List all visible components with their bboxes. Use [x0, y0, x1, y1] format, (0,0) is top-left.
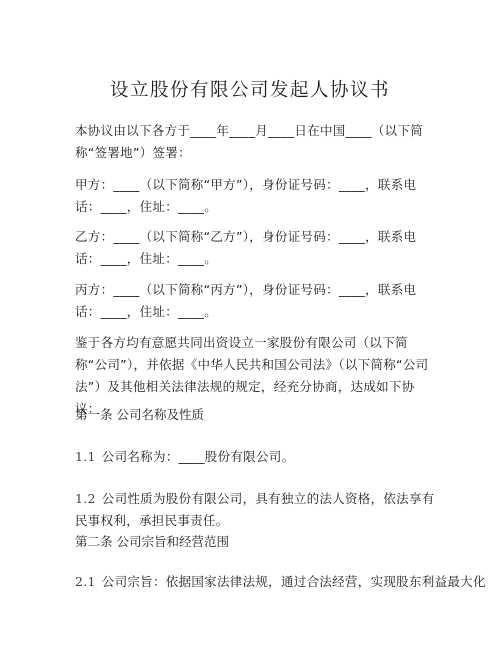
article-1-heading: 第一条 公司名称及性质: [75, 404, 204, 426]
clause-number: 1.2: [75, 491, 96, 506]
clause-text: 公司宗旨：依据国家法律法规，通过合法经营，实现股东利益最大化: [102, 574, 486, 589]
clause-number: 2.1: [75, 574, 96, 589]
party-b-paragraph: 乙方：____（以下简称“乙方”），身份证号码：____，联系电话：____，住…: [75, 226, 435, 270]
clause-text: 公司名称为：____股份有限公司。: [102, 449, 295, 464]
clause-1-2: 1.2公司性质为股份有限公司，具有独立的法人资格，依法享有民事权利，承担民事责任…: [75, 488, 435, 532]
clause-text: 公司性质为股份有限公司，具有独立的法人资格，依法享有民事权利，承担民事责任。: [75, 491, 435, 528]
clause-2-1: 2.1公司宗旨：依据国家法律法规，通过合法经营，实现股东利益最大化: [75, 571, 475, 593]
intro-paragraph: 本协议由以下各方于____年____月____日在中国____（以下简称“签署地…: [75, 120, 435, 164]
article-2-heading: 第二条 公司宗旨和经营范围: [75, 531, 229, 553]
party-a-paragraph: 甲方：____（以下简称“甲方”），身份证号码：____，联系电话：____，住…: [75, 174, 435, 218]
clause-1-1: 1.1公司名称为：____股份有限公司。: [75, 446, 435, 468]
party-c-paragraph: 丙方：____（以下简称“丙方”），身份证号码：____，联系电话：____，住…: [75, 279, 435, 323]
clause-number: 1.1: [75, 449, 96, 464]
document-title: 设立股份有限公司发起人协议书: [0, 76, 500, 102]
document-page: 设立股份有限公司发起人协议书 本协议由以下各方于____年____月____日在…: [0, 0, 500, 647]
